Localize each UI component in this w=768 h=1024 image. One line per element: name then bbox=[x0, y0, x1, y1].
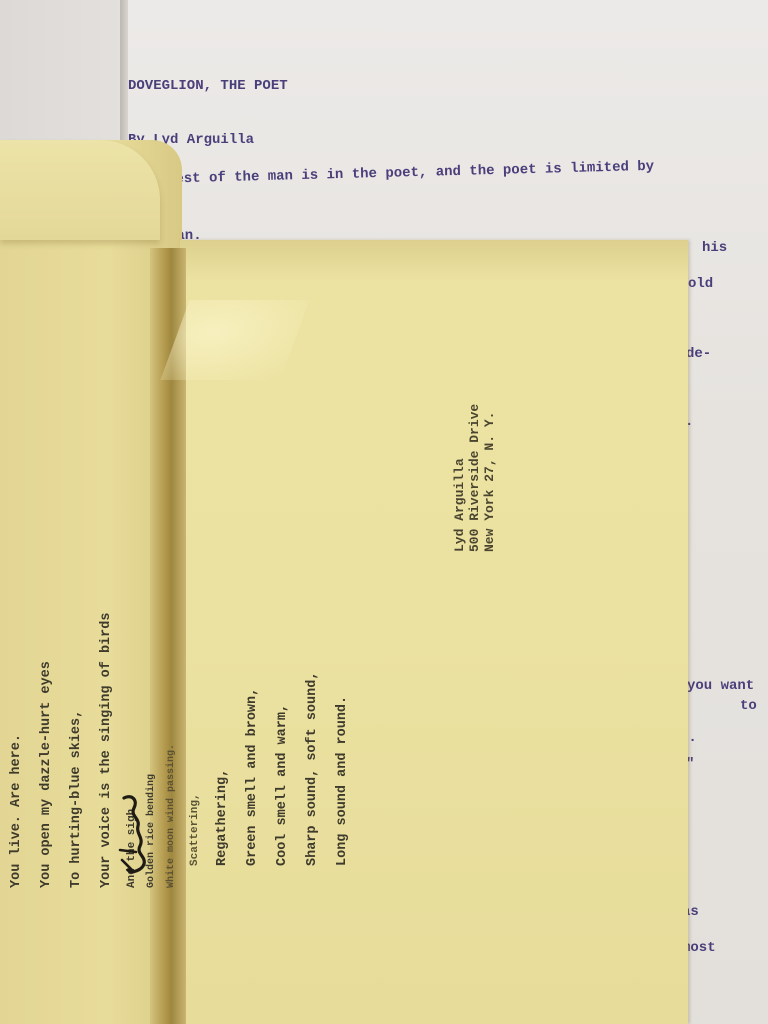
poem-line: To hurting-blue skies, bbox=[62, 613, 92, 888]
poem-line: Scattering, bbox=[182, 672, 208, 866]
poem-line: White moon wind passing. bbox=[162, 613, 182, 888]
poem-line: Green smell and brown, bbox=[238, 672, 268, 866]
address-block: Lyd Arguilla 500 Riverside Drive New Yor… bbox=[452, 404, 497, 552]
margin-fragment: old bbox=[688, 276, 713, 292]
margin-fragment: his bbox=[702, 240, 727, 256]
poem-line: Regathering, bbox=[208, 672, 238, 866]
poem-line: Sharp sound, soft sound, bbox=[298, 672, 328, 866]
address-name: Lyd Arguilla bbox=[452, 404, 467, 552]
poem-line: You live. Are here. bbox=[2, 613, 32, 888]
margin-fragment: to bbox=[740, 698, 757, 714]
right-page-poem: Scattering, Regathering, Green smell and… bbox=[182, 672, 358, 866]
manuscript-title: DOVEGLION, THE POET bbox=[128, 78, 288, 94]
right-page-fold bbox=[180, 240, 688, 280]
address-city: New York 27, N. Y. bbox=[482, 404, 497, 552]
margin-fragment: you want bbox=[687, 678, 754, 694]
margin-fragment: de- bbox=[686, 346, 711, 362]
left-page-corner bbox=[0, 140, 160, 240]
handwritten-ink-mark bbox=[118, 790, 158, 880]
poem-line: Long sound and round. bbox=[328, 672, 358, 866]
address-street: 500 Riverside Drive bbox=[467, 404, 482, 552]
poem-line: You open my dazzle-hurt eyes bbox=[32, 613, 62, 888]
poem-line: Cool smell and warm, bbox=[268, 672, 298, 866]
